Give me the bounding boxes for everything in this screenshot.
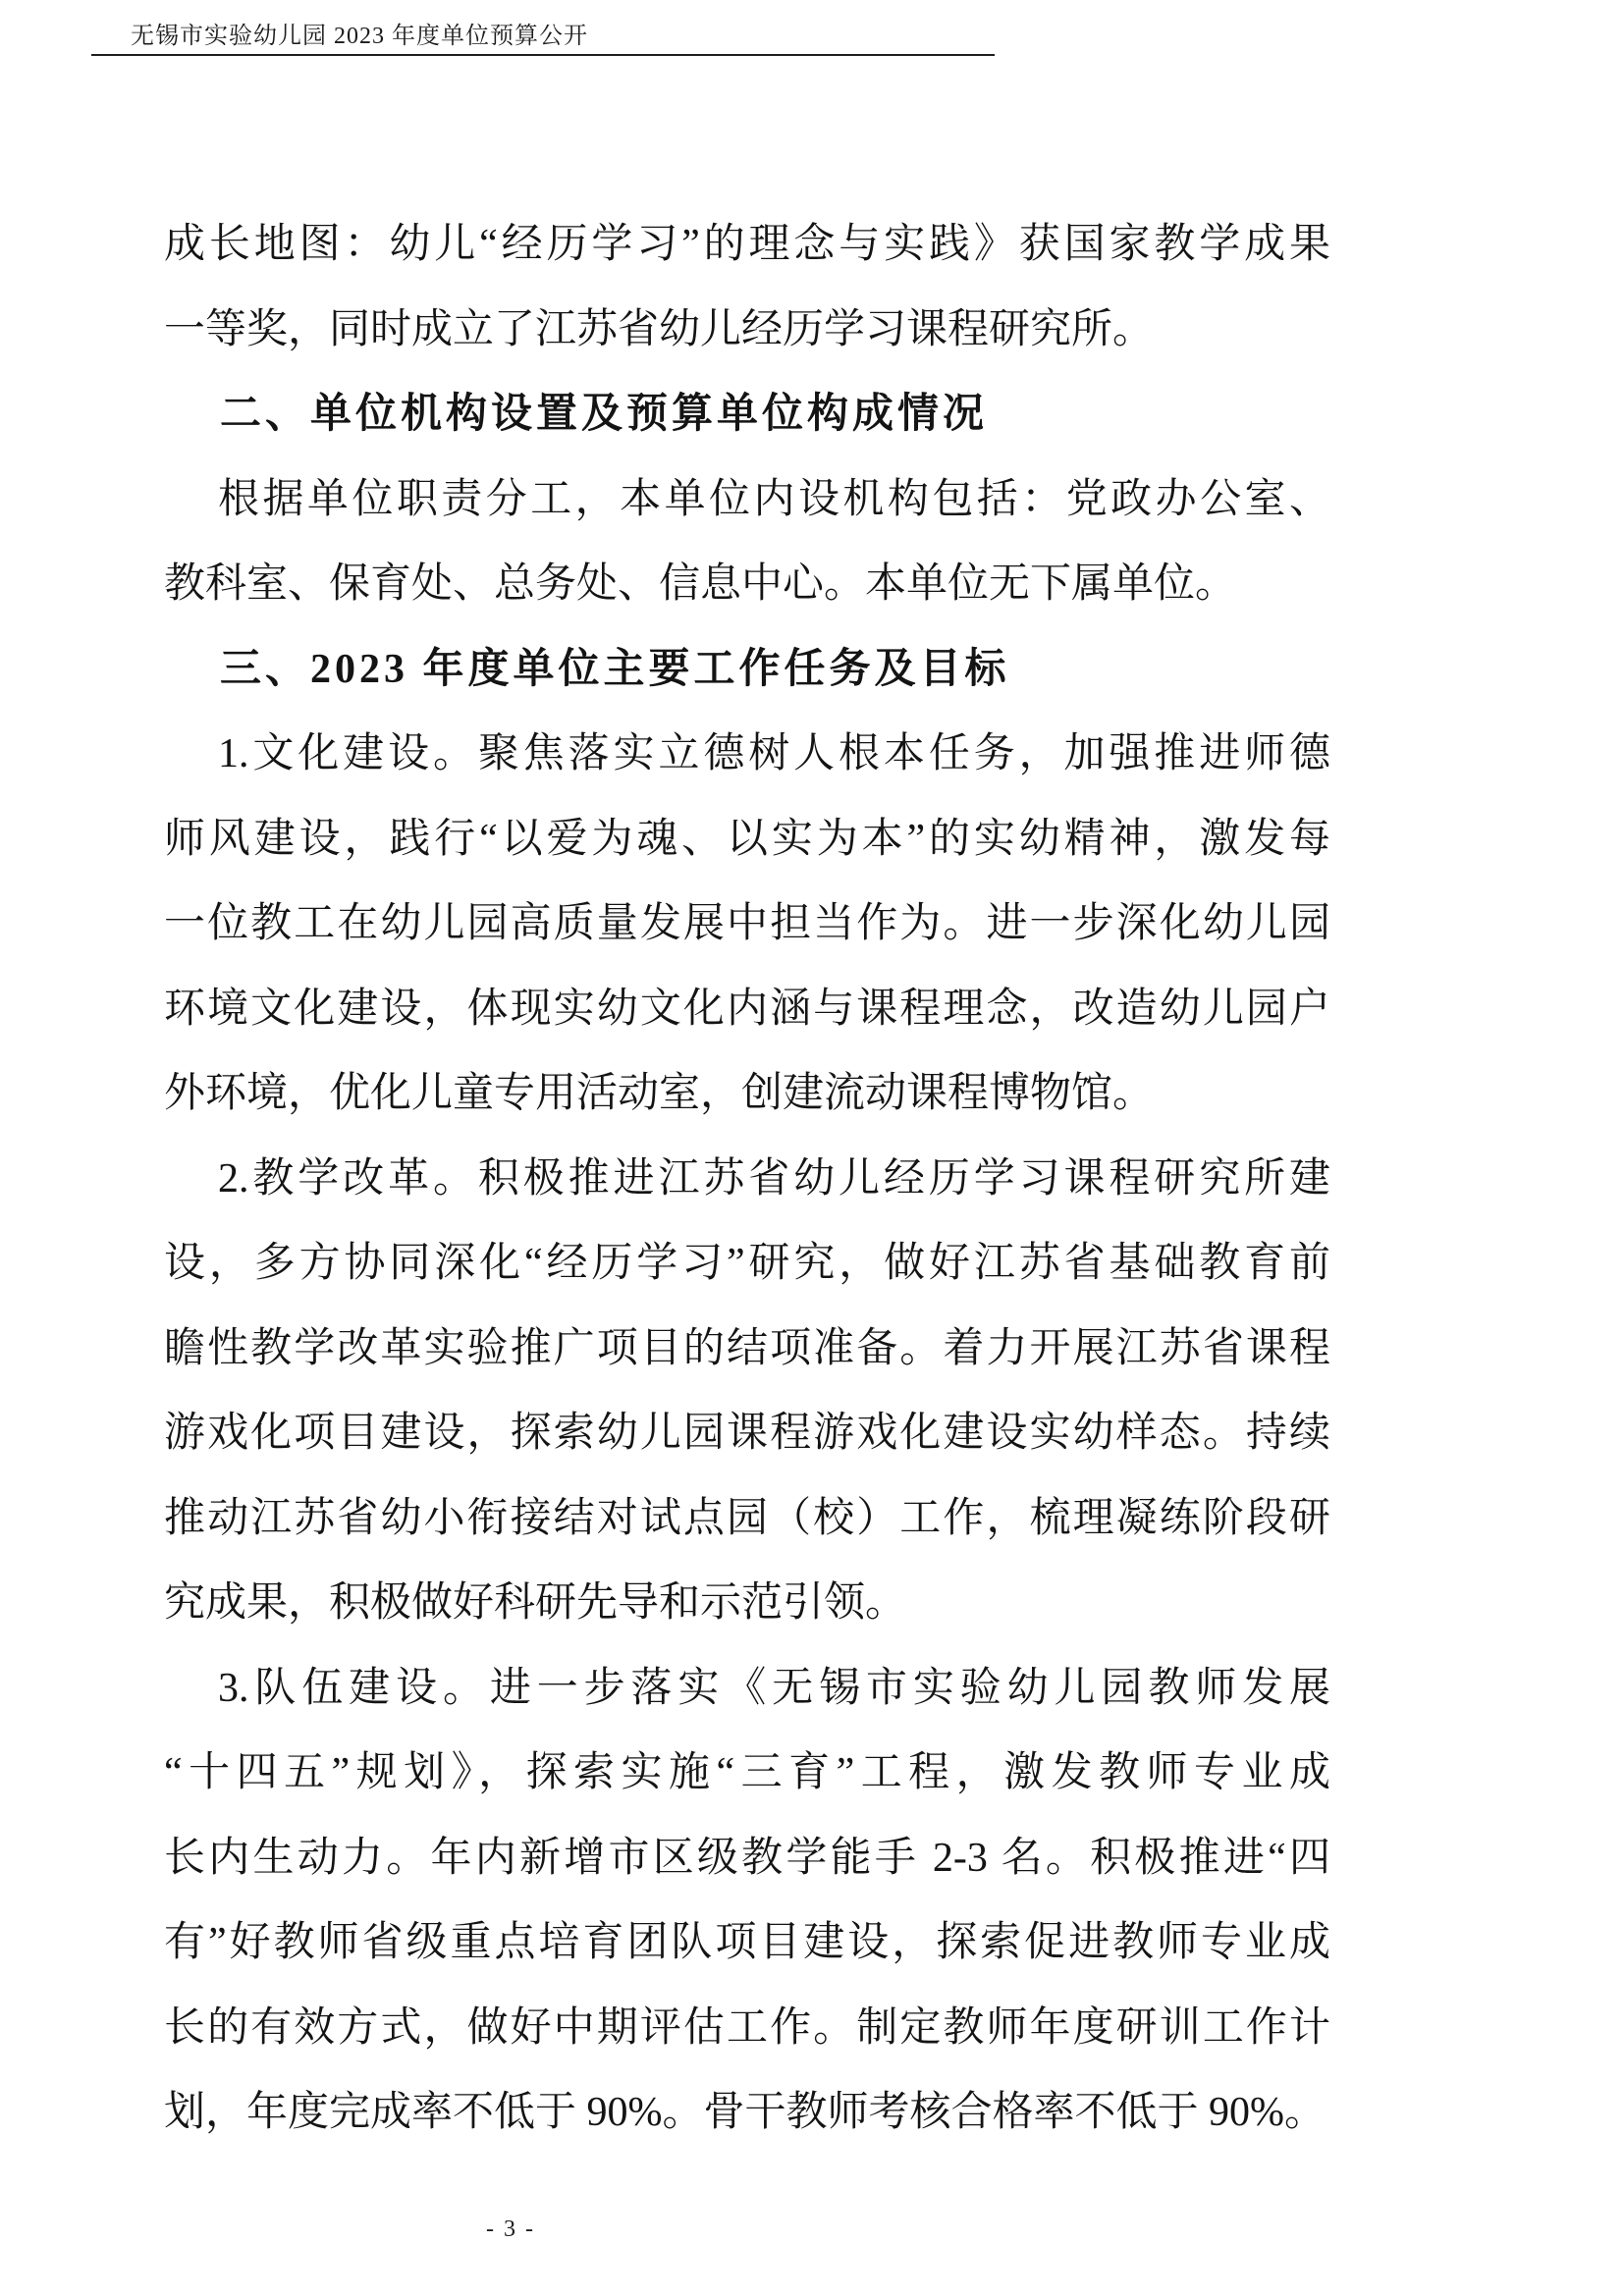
text-line: 游戏化项目建设，探索幼儿园课程游戏化建设实幼样态。持续 [164, 1391, 1330, 1476]
text-line: 一等奖，同时成立了江苏省幼儿经历学习课程研究所。 [164, 288, 1330, 373]
text-line: 3.队伍建设。进一步落实《无锡市实验幼儿园教师发展 [164, 1646, 1330, 1732]
text-line: 长内生动力。年内新增市区级教学能手 2-3 名。积极推进“四 [164, 1816, 1330, 1901]
section-heading: 三、2023 年度单位主要工作任务及目标 [164, 627, 1330, 713]
text-line: 推动江苏省幼小衔接结对试点园（校）工作，梳理凝练阶段研 [164, 1476, 1330, 1562]
header-title: 无锡市实验幼儿园 2023 年度单位预算公开 [131, 16, 588, 50]
text-line: 划，年度完成率不低于 90%。骨干教师考核合格率不低于 90%。 [164, 2070, 1330, 2156]
text-line: 2.教学改革。积极推进江苏省幼儿经历学习课程研究所建 [164, 1137, 1330, 1222]
text-line: 外环境，优化儿童专用活动室，创建流动课程博物馆。 [164, 1051, 1330, 1137]
text-line: “十四五”规划》，探索实施“三育”工程，激发教师专业成 [164, 1731, 1330, 1816]
document-body: 成长地图：幼儿“经历学习”的理念与实践》获国家教学成果 一等奖，同时成立了江苏省… [164, 202, 1330, 2156]
text-line: 教科室、保育处、总务处、信息中心。本单位无下属单位。 [164, 542, 1330, 627]
text-line: 有”好教师省级重点培育团队项目建设，探索促进教师专业成 [164, 1900, 1330, 1986]
page-number: - 3 - [412, 2216, 609, 2243]
section-heading: 二、单位机构设置及预算单位构成情况 [164, 372, 1330, 457]
text-line: 设，多方协同深化“经历学习”研究，做好江苏省基础教育前 [164, 1221, 1330, 1307]
text-line: 成长地图：幼儿“经历学习”的理念与实践》获国家教学成果 [164, 202, 1330, 288]
header-divider [91, 54, 995, 56]
text-line: 根据单位职责分工，本单位内设机构包括：党政办公室、 [164, 457, 1330, 543]
text-line: 长的有效方式，做好中期评估工作。制定教师年度研训工作计 [164, 1986, 1330, 2071]
text-line: 瞻性教学改革实验推广项目的结项准备。着力开展江苏省课程 [164, 1307, 1330, 1392]
document-page: 无锡市实验幼儿园 2023 年度单位预算公开 成长地图：幼儿“经历学习”的理念与… [0, 0, 1624, 2296]
text-line: 究成果，积极做好科研先导和示范引领。 [164, 1561, 1330, 1646]
text-line: 1.文化建设。聚焦落实立德树人根本任务，加强推进师德 [164, 712, 1330, 797]
text-line: 一位教工在幼儿园高质量发展中担当作为。进一步深化幼儿园 [164, 881, 1330, 967]
text-line: 师风建设，践行“以爱为魂、以实为本”的实幼精神，激发每 [164, 797, 1330, 882]
text-line: 环境文化建设，体现实幼文化内涵与课程理念，改造幼儿园户 [164, 967, 1330, 1052]
